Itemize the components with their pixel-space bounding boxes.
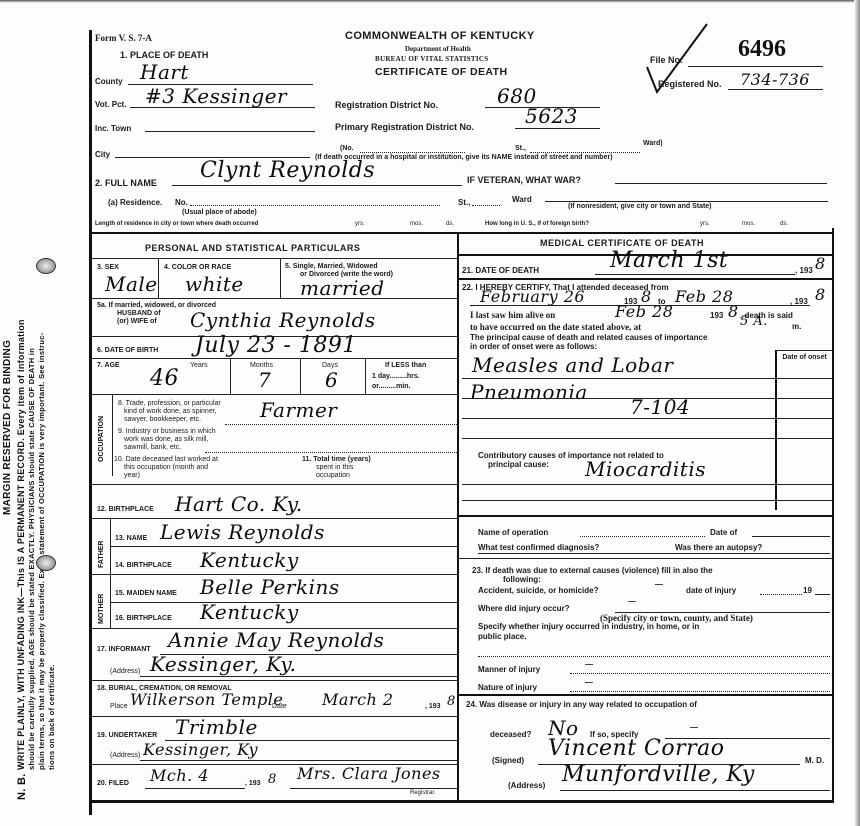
physician-address-label: (Address) [508, 781, 545, 790]
registration-district-label: Registration District No. [335, 100, 438, 110]
residence-yrs: yrs. [355, 221, 365, 227]
industry-label-3: sawmill, bank, etc. [124, 444, 181, 451]
row-line [92, 358, 457, 359]
operation-line [580, 536, 705, 537]
informant-address-line [140, 676, 457, 677]
total-time-label-3: occupation [316, 472, 350, 479]
filed-date-line [145, 788, 245, 789]
injury-date-label: date of injury [686, 586, 736, 595]
cause-code: 7-104 [630, 395, 690, 419]
date-of-death-value: March 1st [610, 248, 728, 273]
injury-year-line [815, 594, 830, 595]
specify-label-2: public place. [478, 632, 526, 641]
last-saw-year-prefix: 193 [710, 311, 723, 320]
principal-cause-label-2: in order of onset were as follows: [470, 342, 597, 351]
mother-maiden-value: Belle Perkins [200, 575, 340, 599]
form-id: Form V. S. 7-A [95, 33, 152, 43]
city-label: City [95, 150, 110, 159]
age-months-value: 7 [258, 368, 271, 392]
injury-year-label: 19 [803, 586, 812, 595]
residence-mos: mos. [410, 221, 423, 227]
full-name-value: Clynt Reynolds [200, 158, 375, 183]
us-residence-label: How long in U. S., if of foreign birth? [485, 221, 589, 227]
contributory-value: Miocarditis [585, 457, 706, 481]
parents-divider [110, 518, 111, 628]
occurred-label: to have occurred on the date stated abov… [470, 322, 641, 332]
md-label: M. D. [805, 756, 824, 765]
time-value: 5 A. [740, 314, 768, 329]
nature-value: — [585, 678, 593, 687]
section-divider [92, 232, 834, 234]
primary-registration-value: 5623 [525, 104, 578, 128]
personal-section-title: PERSONAL AND STATISTICAL PARTICULARS [145, 243, 360, 253]
trade-label-3: sawyer, bookkeeper, etc. [124, 416, 201, 423]
accident-label: Accident, suicide, or homicide? [478, 586, 598, 595]
residence-ward-line [545, 201, 828, 202]
sex-value: Male [105, 272, 158, 296]
registered-no: 734-736 [740, 70, 810, 89]
industry-line [205, 452, 457, 453]
contributory-label-2: principal cause: [488, 460, 549, 469]
father-birthplace-value: Kentucky [200, 548, 299, 572]
where-label: Where did injury occur? [478, 604, 570, 613]
manner-label: Manner of injury [478, 665, 540, 674]
principal-cause-label-1: The principal cause of death and related… [470, 333, 707, 342]
instructions-line-4: tions on back of certificate. [47, 664, 56, 770]
county-label: County [95, 77, 123, 86]
operation-label: Name of operation [478, 528, 548, 537]
row-line [92, 716, 457, 717]
marital-label-1: 5. Single, Married, Widowed [285, 263, 378, 270]
divider [280, 258, 281, 298]
diagnosis-label: What test confirmed diagnosis? [478, 543, 599, 552]
nature-line [570, 691, 830, 692]
veteran-label: IF VETERAN, WHAT WAR? [467, 175, 581, 185]
undertaker-address-value: Kessinger, Ky [143, 740, 258, 759]
trade-label-2: kind of work done, as spinner, [124, 408, 217, 415]
center-divider [457, 232, 459, 802]
burial-year-suffix: 8 [447, 694, 456, 709]
inc-town-label: Inc. Town [95, 124, 131, 133]
punch-hole-bottom [36, 555, 56, 571]
personal-title-line [92, 258, 457, 259]
city-no-line [360, 152, 465, 153]
signed-label: (Signed) [492, 756, 524, 765]
injury-date-line [760, 594, 802, 595]
occupation-vertical-label: OCCUPATION [98, 416, 105, 462]
undertaker-label: 19. UNDERTAKER [97, 732, 157, 739]
row-line [92, 484, 457, 485]
sex-label: 3. SEX [97, 264, 119, 271]
age-label: 7. AGE [97, 362, 120, 369]
inc-town-line [145, 131, 315, 132]
registered-no-line [728, 89, 823, 90]
place-of-death-heading: 1. PLACE OF DEATH [120, 50, 208, 60]
registrar-signature: Mrs. Clara Jones [297, 764, 441, 783]
trade-value: Farmer [260, 398, 337, 422]
city-st-label: St., [515, 145, 526, 152]
mother-birthplace-value: Kentucky [200, 600, 299, 624]
occupation-related-label: 24. Was disease or injury in any way rel… [466, 700, 697, 709]
spouse-label-2: HUSBAND of [117, 310, 161, 317]
physician-address-value: Munfordville, Ky [562, 762, 755, 787]
occupation-divider [112, 394, 113, 476]
marital-value: married [300, 276, 385, 300]
us-mos: mos. [742, 221, 755, 227]
less-than-label: If LESS than [385, 362, 426, 369]
abode-note: (Usual place of abode) [182, 209, 257, 216]
attended-to-value: Feb 28 [675, 287, 733, 306]
informant-label: 17. INFORMANT [97, 646, 151, 653]
primary-registration-label: Primary Registration District No. [335, 122, 474, 132]
full-name-label: 2. FULL NAME [95, 178, 157, 188]
day-hrs-label: 1 day.........hrs. [372, 373, 420, 380]
vot-pct-label: Vot. Pct. [95, 100, 126, 109]
burial-date-value: March 2 [322, 690, 394, 709]
filed-date-value: Mch. 4 [150, 766, 209, 785]
binding-margin: N. B. WRITE PLAINLY, WITH UNFADING INK—T… [0, 0, 88, 826]
specify-line [478, 656, 830, 657]
dob-value: July 23 - 1891 [195, 333, 357, 358]
industry-label-2: work was done, as silk mill, [124, 436, 208, 443]
total-time-label-2: spent in this [316, 464, 353, 471]
industry-label-1: 9. Industry or business in which [118, 428, 216, 435]
scan-edge-right [854, 0, 860, 826]
instructions-line-2: should be carefully supplied. AGE should… [27, 348, 36, 770]
where-value: — [628, 597, 636, 606]
birthplace-label: 12. BIRTHPLACE [97, 506, 154, 513]
m-label: m. [792, 322, 801, 331]
last-worked-label-3: year) [124, 472, 140, 479]
divider [158, 258, 159, 298]
burial-year-prefix: , 193 [425, 703, 441, 710]
undertaker-address-label: (Address) [110, 752, 140, 759]
instructions-line-1: WRITE PLAINLY, WITH UNFADING INK—This IS… [16, 210, 26, 770]
dob-label: 6. DATE OF BIRTH [97, 347, 158, 354]
cause-row-line [462, 438, 832, 439]
age-days-value: 6 [325, 368, 338, 392]
trade-line [225, 424, 457, 425]
attended-from-value: February 26 [480, 287, 585, 306]
external-label-1: 23. If death was due to external causes … [472, 566, 713, 575]
filed-label: 20. FILED [97, 780, 129, 787]
punch-hole-top [36, 258, 56, 274]
onset-column-divider [775, 350, 777, 510]
burial-place-value: Wilkerson Temple [130, 690, 283, 709]
residence-st-label: St., [458, 198, 470, 207]
cause-section-end [457, 515, 834, 517]
veteran-line [615, 183, 827, 184]
divider [230, 358, 231, 394]
row-line [92, 298, 457, 299]
primary-registration-line [515, 128, 600, 129]
race-label: 4. COLOR OR RACE [164, 264, 231, 271]
father-birthplace-label: 14. BIRTHPLACE [115, 562, 172, 569]
last-saw-year-suffix: 8 [728, 302, 739, 321]
operation-date-line [752, 536, 830, 537]
operation-date-label: Date of [710, 528, 737, 537]
residence-ds: ds. [446, 221, 454, 227]
spouse-label-3: (or) WIFE of [117, 318, 157, 325]
file-no: 6496 [738, 36, 786, 63]
row-line [92, 394, 457, 395]
deceased-label: deceased? [490, 730, 531, 739]
residence-st-line [472, 205, 500, 206]
death-certificate-page: N. B. WRITE PLAINLY, WITH UNFADING INK—T… [0, 0, 860, 826]
nb-label: N. B. [16, 773, 28, 800]
last-saw-label: I last saw him alive on [470, 310, 555, 320]
residence-ward-label: Ward [512, 195, 532, 204]
autopsy-label: Was there an autopsy? [675, 543, 762, 552]
years-label: Years [190, 362, 208, 369]
department: Department of Health [405, 45, 471, 53]
physician-address-line [560, 790, 830, 791]
state-title: COMMONWEALTH OF KENTUCKY [345, 30, 535, 42]
father-vertical-label: FATHER [98, 541, 105, 568]
cause-row-line [462, 484, 832, 485]
row-line [110, 546, 457, 547]
cause-line-2: Pneumonia [470, 380, 588, 404]
us-ds: ds. [780, 221, 788, 227]
vot-pct-value: #3 Kessinger [145, 84, 287, 108]
last-worked-label-2: this occupation (month and [124, 464, 208, 471]
date-of-death-label: 21. DATE OF DEATH [462, 266, 539, 275]
dod-year-suffix: 8 [815, 254, 826, 273]
total-time-label-1: 11. Total time (years) [302, 456, 371, 463]
burial-place-label: Place [110, 703, 128, 710]
trade-label-1: 8. Trade, profession, or particular [118, 400, 221, 407]
cause-row-line [462, 378, 832, 379]
binding-note: MARGIN RESERVED FOR BINDING [2, 340, 13, 515]
if-so-value: — [690, 723, 698, 732]
divider [300, 358, 301, 394]
diagnosis-line [478, 553, 830, 554]
filed-year-prefix: , 193 [245, 780, 261, 787]
residence-no-label: No. [175, 198, 188, 207]
external-label-2: following: [503, 575, 541, 584]
burial-date-label: Date [272, 703, 287, 710]
form-bottom-border [89, 800, 834, 803]
mother-birthplace-label: 16. BIRTHPLACE [115, 615, 172, 622]
instructions-line-3: plain terms, so that it may be properly … [37, 333, 46, 770]
city-no-label: (No. [340, 145, 354, 152]
cause-line-1: Measles and Lobar [472, 353, 673, 377]
undertaker-value: Trimble [175, 715, 258, 739]
manner-value: — [585, 660, 593, 669]
attended-to-year-suffix: 8 [815, 285, 826, 304]
date-of-death-line [595, 274, 795, 275]
specify-label-1: Specify whether injury occurred in indus… [478, 622, 699, 631]
last-saw-value: Feb 28 [615, 302, 673, 321]
date-of-onset-label: Date of onset [782, 353, 827, 362]
filed-year-suffix: 8 [268, 772, 277, 787]
race-value: white [185, 272, 244, 296]
vot-pct-line [130, 107, 315, 108]
check-mark-icon [645, 22, 715, 97]
registrar-line [290, 788, 457, 789]
cause-row-line [462, 500, 832, 501]
us-yrs: yrs. [700, 221, 710, 227]
row-line [457, 558, 834, 559]
scan-edge-top [0, 0, 860, 3]
city-ward-label: Ward) [643, 140, 663, 147]
certificate-title: CERTIFICATE OF DEATH [375, 66, 507, 78]
informant-value: Annie May Reynolds [168, 628, 384, 652]
bureau: BUREAU OF VITAL STATISTICS [375, 55, 488, 63]
manner-line [570, 673, 830, 674]
father-name-value: Lewis Reynolds [160, 520, 325, 544]
residence-no-line [190, 205, 440, 206]
nature-label: Nature of injury [478, 683, 537, 692]
row-line [92, 518, 457, 519]
divider [365, 358, 366, 394]
row-line [92, 680, 457, 681]
nonresident-note: (If nonresident, give city or town and S… [568, 203, 712, 210]
birthplace-value: Hart Co. Ky. [175, 492, 303, 516]
onset-header-line [775, 350, 832, 351]
residence-label: (a) Residence. [108, 198, 162, 207]
last-worked-label-1: 10. Date deceased last worked at [114, 456, 218, 463]
length-of-residence-label: Length of residence in city or town wher… [95, 221, 258, 227]
registrar-label: Registrar. [410, 790, 436, 796]
dod-year-prefix: , 193 [795, 266, 813, 275]
mother-vertical-label: MOTHER [98, 594, 105, 624]
or-min-label: or.........min. [372, 383, 411, 390]
row-line [457, 694, 834, 696]
informant-address-label: (Address) [110, 668, 140, 675]
spouse-value: Cynthia Reynolds [190, 308, 376, 332]
father-name-label: 13. NAME [115, 535, 147, 542]
physician-signature: Vincent Corrao [548, 736, 725, 761]
cause-row-line [462, 418, 832, 419]
undertaker-address-line [140, 760, 457, 761]
informant-address-value: Kessinger, Ky. [150, 652, 296, 676]
county-value: Hart [140, 60, 189, 84]
row-line [457, 278, 834, 280]
age-years-value: 46 [150, 366, 179, 391]
mother-maiden-label: 15. MAIDEN NAME [115, 590, 177, 597]
accident-value: — [655, 580, 663, 589]
city-st-line [530, 152, 640, 153]
full-name-line [172, 185, 462, 186]
medical-section-title: MEDICAL CERTIFICATE OF DEATH [540, 238, 704, 248]
